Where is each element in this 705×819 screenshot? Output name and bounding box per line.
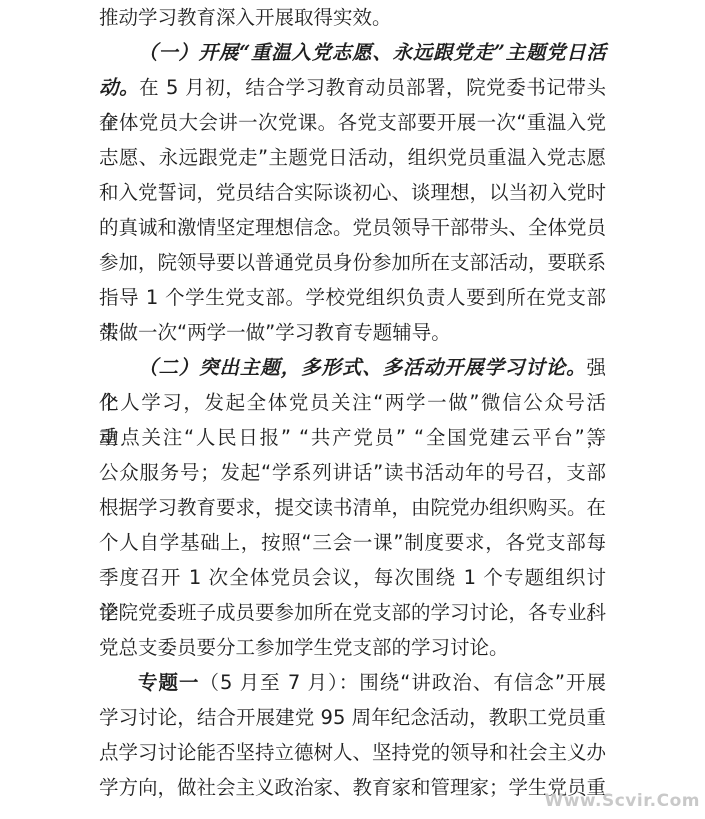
text-line: （二）突出主题，多形式、多活动开展学习讨论。强化: [99, 350, 606, 385]
text-line: 和入党誓词，党员结合实际谈初心、谈理想，以当初入党时: [99, 175, 606, 210]
text-line: 公众服务号；发起“学系列讲话”读书活动年的号召，支部: [99, 455, 606, 490]
text-line: 志愿、永远跟党走”主题党日活动，组织党员重温入党志愿: [99, 140, 606, 175]
bold-heading-text: 专题一: [138, 671, 200, 694]
body-text: 推动学习教育深入开展取得实效。: [99, 6, 392, 29]
body-text: 学方向，做社会主义政治家、教育家和管理家；学生党员重: [99, 776, 606, 799]
body-text: 学习讨论，结合开展建党 95 周年纪念活动，教职工党员重: [99, 706, 606, 729]
body-text: 的真诚和激情坚定理想信念。党员领导干部带头、全体党员: [99, 216, 606, 239]
body-text: （5 月至 7 月）：围绕“讲政治、有信念”开展: [200, 671, 606, 694]
text-line: 参加，院领导要以普通党员身份参加所在支部活动，要联系: [99, 245, 606, 280]
text-line: 指导 1 个学生党支部。学校党组织负责人要到所在党支部带: [99, 280, 606, 315]
body-text: 和入党誓词，党员结合实际谈初心、谈理想，以当初入党时: [99, 181, 606, 204]
body-text: 全体党员大会讲一次党课。各党支部要开展一次“重温入党: [99, 111, 606, 134]
body-text: 根据学习教育要求，提交读书清单，由院党办组织购买。在: [99, 496, 606, 519]
text-line: 全体党员大会讲一次党课。各党支部要开展一次“重温入党: [99, 105, 606, 140]
watermark-text: Www.Scvir.Com: [544, 791, 700, 811]
body-text: 公众服务号；发起“学系列讲话”读书活动年的号召，支部: [99, 461, 606, 484]
text-block: 推动学习教育深入开展取得实效。（一）开展“重温入党志愿、永远跟党走”主题党日活动…: [99, 0, 606, 805]
kaiti-heading-text: 动。: [99, 76, 139, 99]
text-line: 学习讨论，结合开展建党 95 周年纪念活动，教职工党员重: [99, 700, 606, 735]
body-text: 个人自学基础上，按照“三会一课”制度要求，各党支部每: [99, 531, 606, 554]
body-text: 参加，院领导要以普通党员身份参加所在支部活动，要联系: [99, 251, 606, 274]
text-line: 头做一次“两学一做”学习教育专题辅导。: [99, 315, 606, 350]
body-text: 学院党委班子成员要参加所在党支部的学习讨论，各专业科: [99, 601, 606, 624]
body-text: 点学习讨论能否坚持立德树人、坚持党的领导和社会主义办: [99, 741, 606, 764]
text-line: 个人学习，发起全体党员关注“两学一做”微信公众号活动，: [99, 385, 606, 420]
text-line: 季度召开 1 次全体党员会议，每次围绕 1 个专题组织讨论。: [99, 560, 606, 595]
text-line: 根据学习教育要求，提交读书清单，由院党办组织购买。在: [99, 490, 606, 525]
text-line: 党总支委员要分工参加学生党支部的学习讨论。: [99, 630, 606, 665]
text-line: 重点关注“人民日报” “共产党员” “全国党建云平台”等: [99, 420, 606, 455]
text-line: 动。在 5 月初，结合学习教育动员部署，院党委书记带头在: [99, 70, 606, 105]
kaiti-heading-text: （二）突出主题，多形式、多活动开展学习讨论。: [138, 356, 586, 379]
text-line: 推动学习教育深入开展取得实效。: [99, 0, 606, 35]
text-line: 个人自学基础上，按照“三会一课”制度要求，各党支部每: [99, 525, 606, 560]
kaiti-heading-text: （一）开展“重温入党志愿、永远跟党走”主题党日活: [138, 41, 606, 64]
text-line: 的真诚和激情坚定理想信念。党员领导干部带头、全体党员: [99, 210, 606, 245]
body-text: 志愿、永远跟党走”主题党日活动，组织党员重温入党志愿: [99, 146, 606, 169]
text-line: 点学习讨论能否坚持立德树人、坚持党的领导和社会主义办: [99, 735, 606, 770]
text-line: 学方向，做社会主义政治家、教育家和管理家；学生党员重: [99, 770, 606, 805]
body-text: 重点关注“人民日报” “共产党员” “全国党建云平台”等: [99, 426, 606, 449]
text-line: （一）开展“重温入党志愿、永远跟党走”主题党日活: [99, 35, 606, 70]
text-line: 专题一（5 月至 7 月）：围绕“讲政治、有信念”开展: [99, 665, 606, 700]
text-line: 学院党委班子成员要参加所在党支部的学习讨论，各专业科: [99, 595, 606, 630]
body-text: 头做一次“两学一做”学习教育专题辅导。: [99, 321, 451, 344]
document-page: 推动学习教育深入开展取得实效。（一）开展“重温入党志愿、永远跟党走”主题党日活动…: [0, 0, 705, 819]
body-text: 党总支委员要分工参加学生党支部的学习讨论。: [99, 636, 509, 659]
